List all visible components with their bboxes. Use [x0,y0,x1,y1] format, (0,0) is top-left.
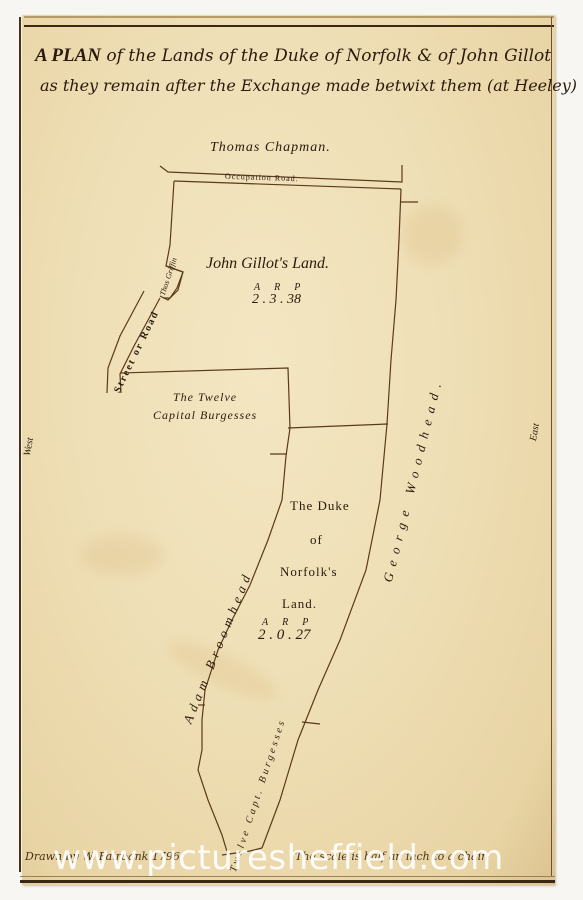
label-duke-line1: The Duke [290,498,350,514]
parcel-boundaries [0,0,583,900]
watermark: www.picturesheffield.com [53,838,504,878]
label-duke-line3: Norfolk's [280,564,338,580]
label-twelve-line1: The Twelve [173,390,237,405]
label-twelve-line2: Capital Burgesses [153,408,257,423]
label-duke-line4: Land. [282,596,317,612]
duke-area-values: 2 . 0 . 27 [258,627,311,644]
label-duke-line2: of [310,532,323,548]
gillot-area-values: 2 . 3 . 38 [252,292,301,308]
label-john-gillots-land: John Gillot's Land. [206,255,329,273]
duke-north-boundary [288,424,388,428]
label-thomas-chapman: Thomas Chapman. [210,140,331,156]
